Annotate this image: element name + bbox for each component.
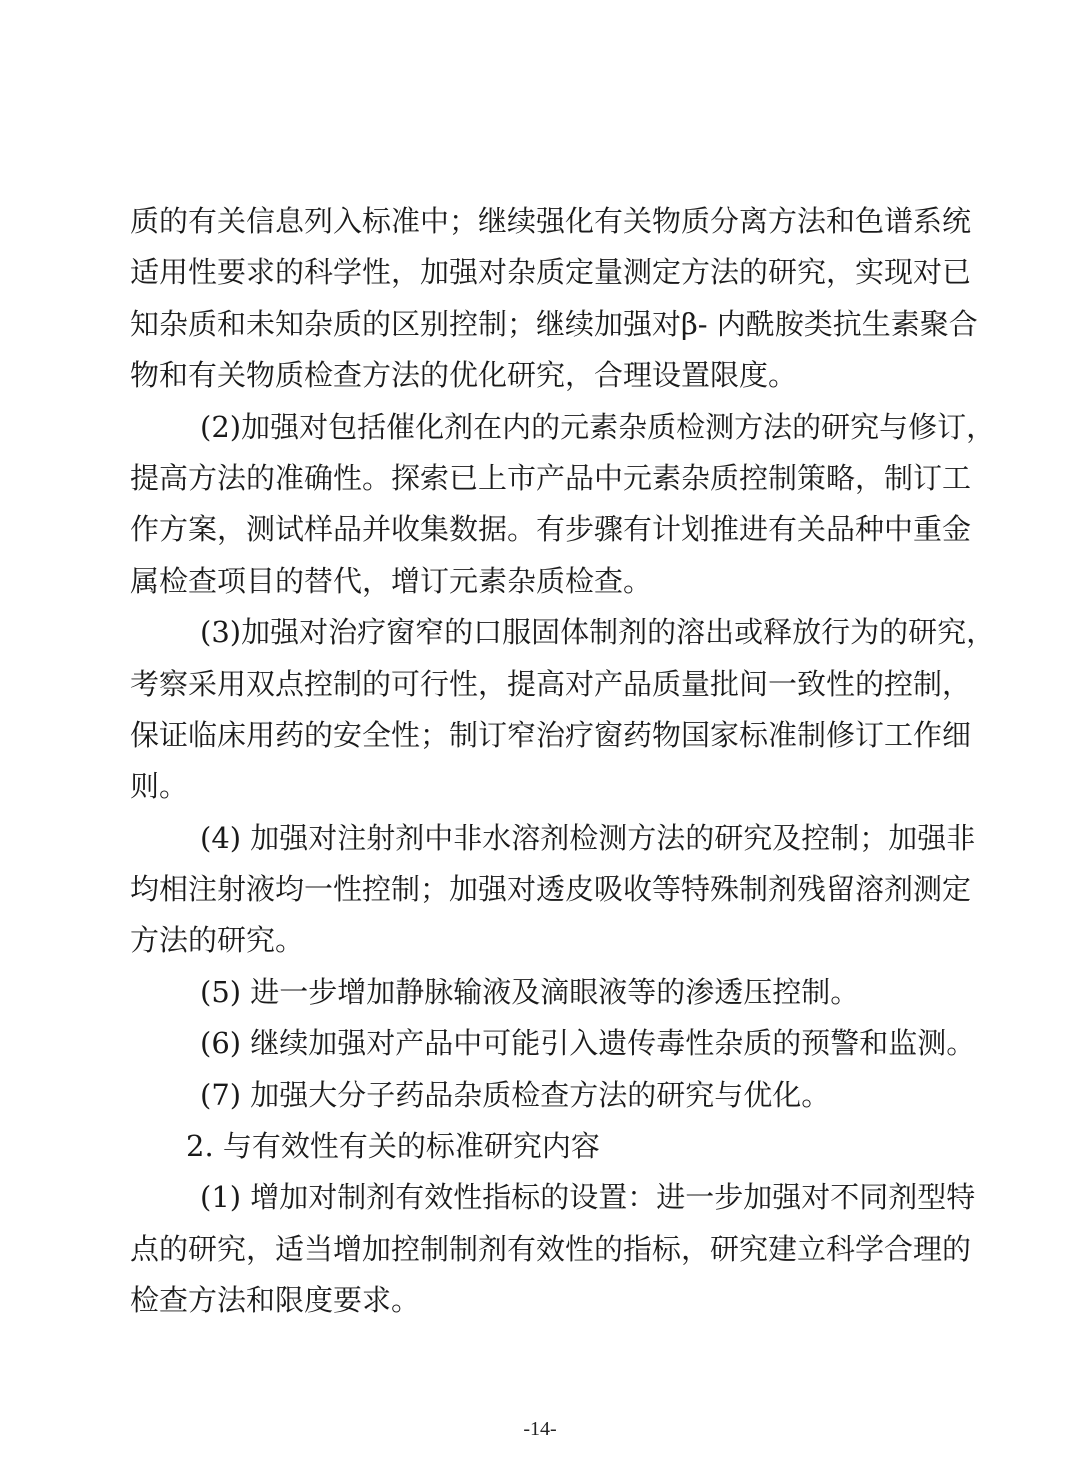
paragraph-item-3: (3)加强对治疗窗窄的口服固体制剂的溶出或释放行为的研究， 考察采用双点控制的可… <box>130 607 950 813</box>
paragraph-item-5: (5) 进一步增加静脉输液及滴眼液等的渗透压控制。 <box>130 967 950 1018</box>
text-line: 均相注射液均一性控制；加强对透皮吸收等特殊制剂残留溶剂测定 <box>130 864 950 915</box>
paragraph-continued: 质的有关信息列入标准中；继续强化有关物质分离方法和色谱系统 适用性要求的科学性，… <box>130 196 950 402</box>
text-line: (3)加强对治疗窗窄的口服固体制剂的溶出或释放行为的研究， <box>130 607 950 658</box>
paragraph-item-6: (6) 继续加强对产品中可能引入遗传毒性杂质的预警和监测。 <box>130 1018 950 1069</box>
text-line: (1) 增加对制剂有效性指标的设置：进一步加强对不同剂型特 <box>130 1172 950 1223</box>
text-line: 则。 <box>130 761 950 812</box>
text-line: 考察采用双点控制的可行性，提高对产品质量批间一致性的控制， <box>130 659 950 710</box>
text-line: (4) 加强对注射剂中非水溶剂检测方法的研究及控制；加强非 <box>130 813 950 864</box>
text-line: 知杂质和未知杂质的区别控制；继续加强对β- 内酰胺类抗生素聚合 <box>130 299 950 350</box>
text-line: 属检查项目的替代，增订元素杂质检查。 <box>130 556 950 607</box>
text-line: (5) 进一步增加静脉输液及滴眼液等的渗透压控制。 <box>130 967 950 1018</box>
text-line: 检查方法和限度要求。 <box>130 1275 950 1326</box>
paragraph-section-2-item-1: (1) 增加对制剂有效性指标的设置：进一步加强对不同剂型特 点的研究，适当增加控… <box>130 1172 950 1326</box>
text-line: 点的研究，适当增加控制制剂有效性的指标，研究建立科学合理的 <box>130 1224 950 1275</box>
section-heading-2: 2. 与有效性有关的标准研究内容 <box>130 1121 950 1172</box>
text-line: 作方案，测试样品并收集数据。有步骤有计划推进有关品种中重金 <box>130 504 950 555</box>
paragraph-item-4: (4) 加强对注射剂中非水溶剂检测方法的研究及控制；加强非 均相注射液均一性控制… <box>130 813 950 967</box>
paragraph-item-2: (2)加强对包括催化剂在内的元素杂质检测方法的研究与修订， 提高方法的准确性。探… <box>130 402 950 608</box>
page-number: -14- <box>0 1418 1080 1441</box>
text-line: (7) 加强大分子药品杂质检查方法的研究与优化。 <box>130 1070 950 1121</box>
text-line: 保证临床用药的安全性；制订窄治疗窗药物国家标准制修订工作细 <box>130 710 950 761</box>
text-line: (2)加强对包括催化剂在内的元素杂质检测方法的研究与修订， <box>130 402 950 453</box>
document-body: 质的有关信息列入标准中；继续强化有关物质分离方法和色谱系统 适用性要求的科学性，… <box>130 196 950 1327</box>
heading-text: 2. 与有效性有关的标准研究内容 <box>130 1121 950 1172</box>
text-line: 物和有关物质检查方法的优化研究，合理设置限度。 <box>130 350 950 401</box>
text-line: 提高方法的准确性。探索已上市产品中元素杂质控制策略，制订工 <box>130 453 950 504</box>
text-line: 质的有关信息列入标准中；继续强化有关物质分离方法和色谱系统 <box>130 196 950 247</box>
text-line: 适用性要求的科学性，加强对杂质定量测定方法的研究，实现对已 <box>130 247 950 298</box>
text-line: 方法的研究。 <box>130 915 950 966</box>
text-line: (6) 继续加强对产品中可能引入遗传毒性杂质的预警和监测。 <box>130 1018 950 1069</box>
paragraph-item-7: (7) 加强大分子药品杂质检查方法的研究与优化。 <box>130 1070 950 1121</box>
